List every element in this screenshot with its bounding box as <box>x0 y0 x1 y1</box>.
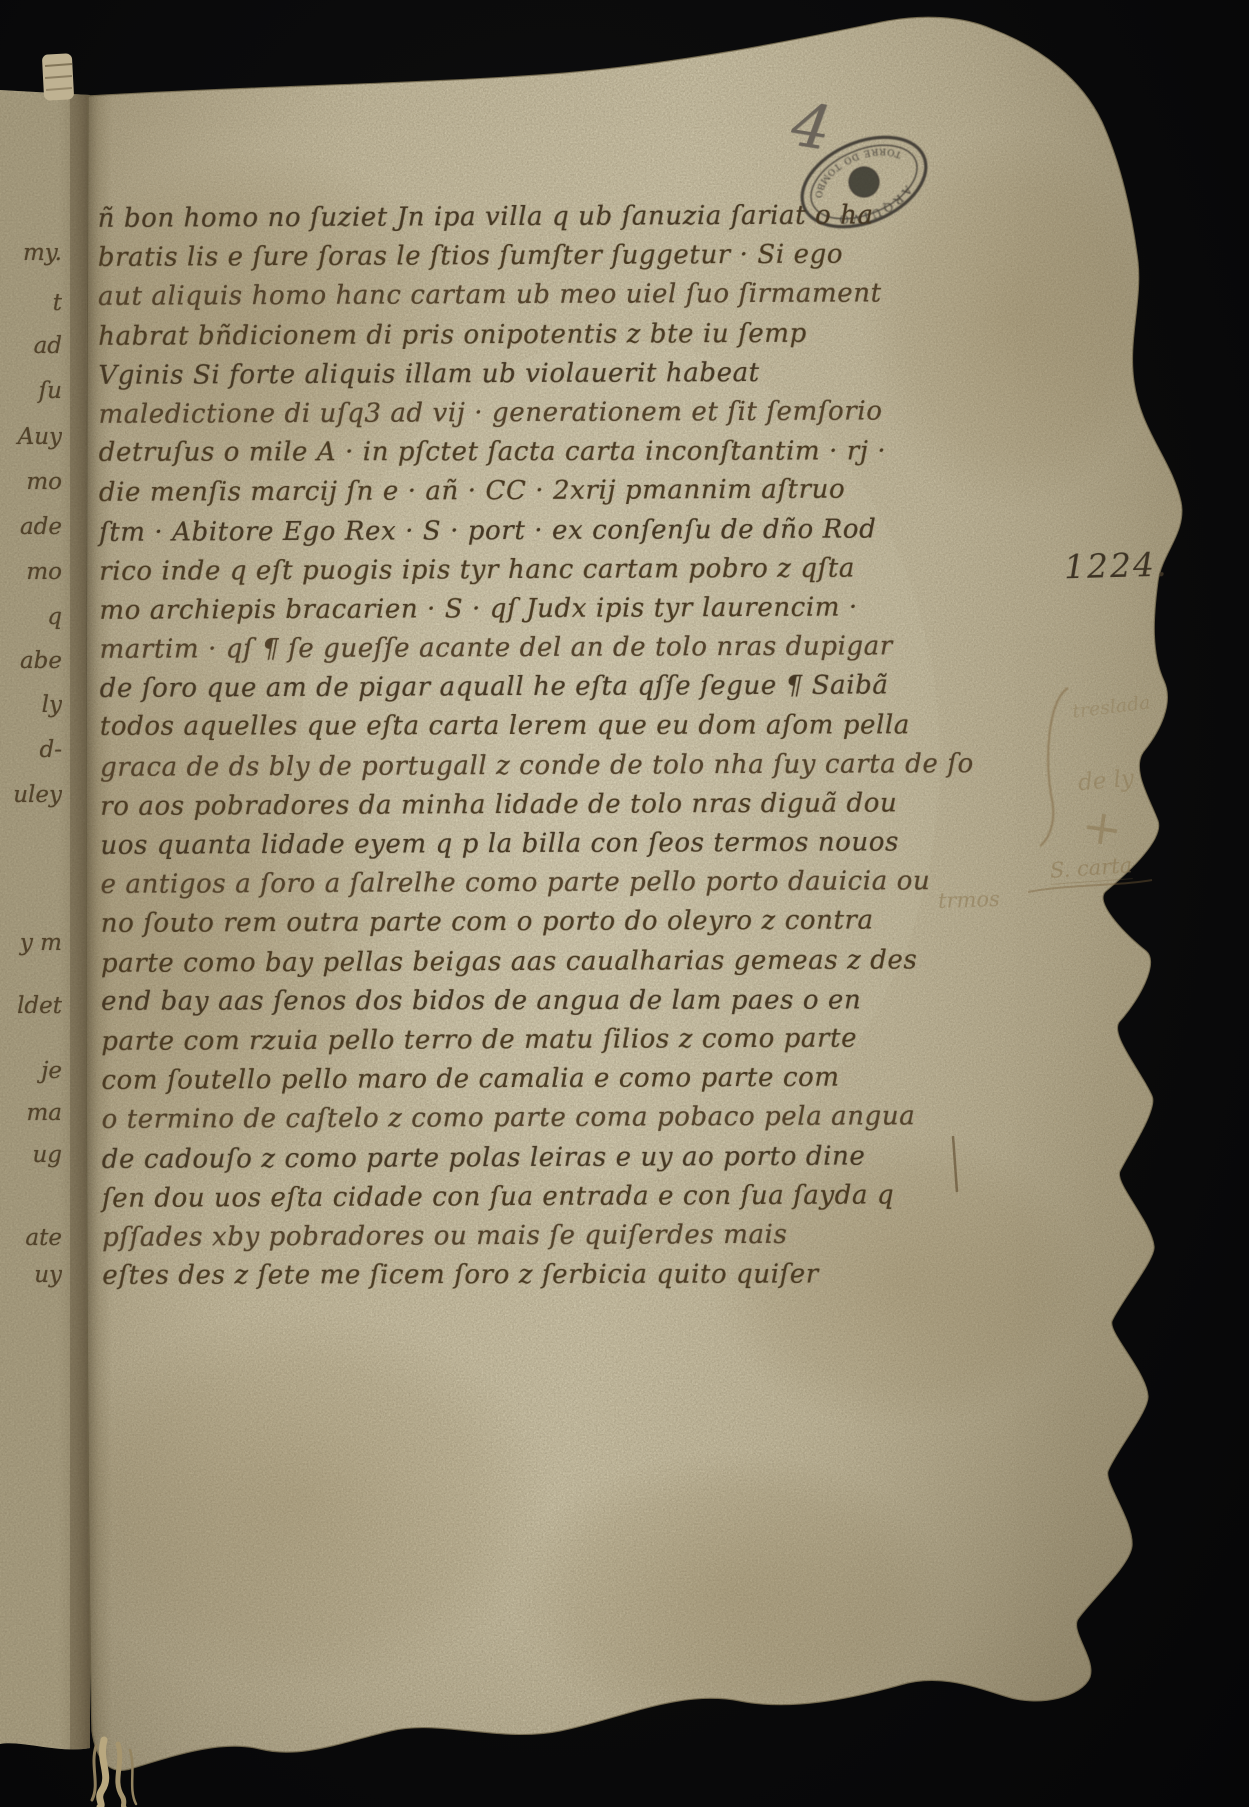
manuscript-line: todos aquelles que eſta carta lerem que … <box>100 707 930 748</box>
manuscript-line: mo archiepis bracarien · S · qſ Judx ipi… <box>99 588 929 631</box>
manuscript-line: detruſus o mile A · in pſctet ſacta cart… <box>99 432 929 473</box>
manuscript-line: rico inde q eſt puogis ipis tyr hanc car… <box>99 549 929 592</box>
margin-cross-mark: + <box>1078 797 1126 858</box>
manuscript-line: ro aos pobradores da minha lidade de tol… <box>100 784 930 827</box>
gutter-fragment: mo <box>0 469 62 495</box>
gutter-fragment: t <box>0 290 62 316</box>
manuscript-line: de ſoro que am de pigar aquall he eſta q… <box>100 666 930 709</box>
manuscript-line: pſſades xby pobradores ou mais ſe quiſer… <box>102 1215 932 1258</box>
manuscript-line: bratis lis e ſure ſoras le ſtios ſumſter… <box>98 235 928 278</box>
gutter-fragment: uley <box>0 782 62 808</box>
gutter-fragment: d- <box>0 737 62 763</box>
manuscript-line: parte como bay pellas beigas aas caualha… <box>101 941 931 984</box>
gutter-fragment: ldet <box>0 993 62 1019</box>
manuscript-line: habrat bñdicionem di pris onipotentis z … <box>98 314 928 357</box>
manuscript-line: de cadouſo z como parte polas leiras e u… <box>102 1137 932 1180</box>
gutter-fragment: ade <box>0 514 62 540</box>
manuscript-line: e antigos a ſoro a ſalrelhe como parte p… <box>101 862 931 905</box>
gutter-fragment: q <box>0 604 62 630</box>
margin-note-line2: de ly <box>1077 766 1135 797</box>
gutter-fragment: ly <box>0 692 62 718</box>
gutter-fragment: Auy <box>0 424 62 450</box>
gutter-fragment: uy <box>0 1262 62 1288</box>
gutter-fragment: abe <box>0 648 62 674</box>
manuscript-line: no ſouto rem outra parte com o porto do … <box>101 902 931 945</box>
facing-folio-edge <box>0 80 100 1760</box>
gutter-fragment: ma <box>0 1100 62 1126</box>
binding-headband <box>42 53 74 101</box>
gutter-fragment: y m <box>0 930 62 956</box>
gutter-fragment: ſu <box>0 378 62 404</box>
manuscript-line: ñ bon homo no ſuziet Jn ipa villa q ub ſ… <box>98 196 928 239</box>
manuscript-line: aut aliquis homo hanc cartam ub meo uiel… <box>98 275 928 318</box>
manuscript-line: Vginis Si forte aliquis illam ub violaue… <box>98 353 928 396</box>
manuscript-line: com ſoutello pello maro de camalia e com… <box>101 1058 931 1101</box>
manuscript-line: graca de ds bly de portugall z conde de … <box>100 745 930 788</box>
manuscript-line: end bay aas ſenos dos bidos de angua de … <box>101 981 931 1022</box>
gutter-fragment: je <box>0 1058 62 1084</box>
gutter-fragment: ug <box>0 1142 62 1168</box>
gutter-fragment: my. <box>0 240 62 266</box>
manuscript-line: eſtes des z ſete me ſicem ſoro z ſerbici… <box>102 1255 932 1296</box>
gutter-fragment: ate <box>0 1225 62 1251</box>
manuscript-line: martim · qſ ¶ ſe gueſſe acante del an de… <box>99 627 929 670</box>
gutter-fragment: ad <box>0 333 62 359</box>
gutter-fragment: mo <box>0 559 62 585</box>
manuscript-line: die menſis marcij ſn e · añ · CC · 2xrij… <box>99 471 929 514</box>
manuscript-line: ſtm · Abitore Ego Rex · S · port · ex co… <box>99 510 929 553</box>
year-annotation: 1224. <box>1064 545 1169 587</box>
manuscript-text-block: ñ bon homo no ſuziet Jn ipa villa q ub ſ… <box>98 196 933 1297</box>
manuscript-line: parte com rzuia pello terro de matu ſili… <box>101 1019 931 1062</box>
manuscript-scan: ARQUIVO TORRE DO TOMBO ñ bon homo no ſuz… <box>0 0 1249 1807</box>
manuscript-line: maledictione di uſq3 ad vij · generation… <box>98 392 928 435</box>
margin-word: trmos <box>938 887 1001 913</box>
manuscript-line: uos quanta lidade eyem q p la billa con … <box>100 823 930 866</box>
manuscript-line: ſen dou uos eſta cidade con ſua entrada … <box>102 1176 932 1219</box>
manuscript-line: o termino de caſtelo z como parte coma p… <box>102 1097 932 1140</box>
